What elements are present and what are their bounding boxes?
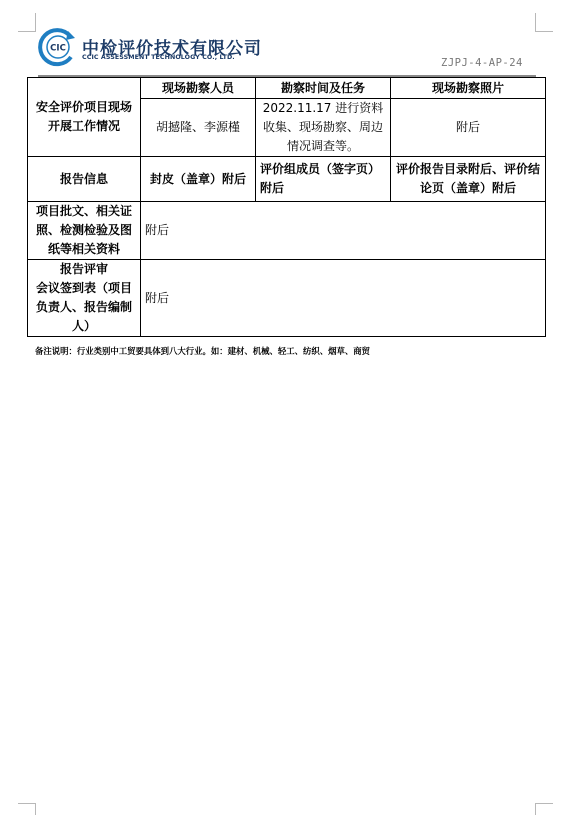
crop-mark-top-left-h <box>18 31 36 32</box>
table-cell: 封皮（盖章）附后 <box>141 157 256 202</box>
table-row: 报告评审 会议签到表（项目负责人、报告编制人） 附后 <box>28 260 546 337</box>
company-logo-icon: CIC <box>37 27 77 67</box>
crop-mark-bottom-right-v <box>535 803 536 815</box>
row-label-line1: 报告评审 <box>32 260 136 279</box>
row-label-rest: 会议签到表（项目负责人、报告编制人） <box>32 279 136 336</box>
table-row: 安全评价项目现场开展工作情况 现场勘察人员 勘察时间及任务 现场勘察照片 <box>28 78 546 99</box>
document-code: ZJPJ-4-AP-24 <box>441 57 523 69</box>
table-row: 报告信息 封皮（盖章）附后 评价组成员（签字页）附后 评价报告目录附后、评价结论… <box>28 157 546 202</box>
column-header: 现场勘察照片 <box>391 78 546 99</box>
table-cell: 评价组成员（签字页）附后 <box>256 157 391 202</box>
column-header: 现场勘察人员 <box>141 78 256 99</box>
work-status-table: 安全评价项目现场开展工作情况 现场勘察人员 勘察时间及任务 现场勘察照片 胡撼隆… <box>27 77 546 337</box>
table-cell: 附后 <box>141 260 546 337</box>
row-label: 报告评审 会议签到表（项目负责人、报告编制人） <box>28 260 141 337</box>
row-label: 安全评价项目现场开展工作情况 <box>28 78 141 157</box>
table-cell: 2022.11.17 进行资料收集、现场勘察、周边情况调查等。 <box>256 99 391 157</box>
crop-mark-bottom-left-h <box>18 803 36 804</box>
crop-mark-top-right-h <box>535 31 553 32</box>
table-cell: 附后 <box>391 99 546 157</box>
crop-mark-top-right-v <box>535 13 536 31</box>
table-cell: 胡撼隆、李源槿 <box>141 99 256 157</box>
crop-mark-bottom-left-v <box>35 803 36 815</box>
column-header: 勘察时间及任务 <box>256 78 391 99</box>
row-label: 项目批文、相关证照、检测检验及图纸等相关资料 <box>28 202 141 260</box>
company-name-en: CCIC ASSESSMENT TECHNOLOGY CO., LTD. <box>82 54 235 61</box>
crop-mark-bottom-right-h <box>535 803 553 804</box>
row-label: 报告信息 <box>28 157 141 202</box>
svg-text:CIC: CIC <box>50 44 66 54</box>
crop-mark-top-left-v <box>35 13 36 31</box>
remarks-note: 备注说明：行业类别中工贸要具体到八大行业。如：建材、机械、轻工、纺织、烟草、商贸 <box>35 345 370 357</box>
table-cell: 附后 <box>141 202 546 260</box>
table-cell: 评价报告目录附后、评价结论页（盖章）附后 <box>391 157 546 202</box>
table-row: 项目批文、相关证照、检测检验及图纸等相关资料 附后 <box>28 202 546 260</box>
